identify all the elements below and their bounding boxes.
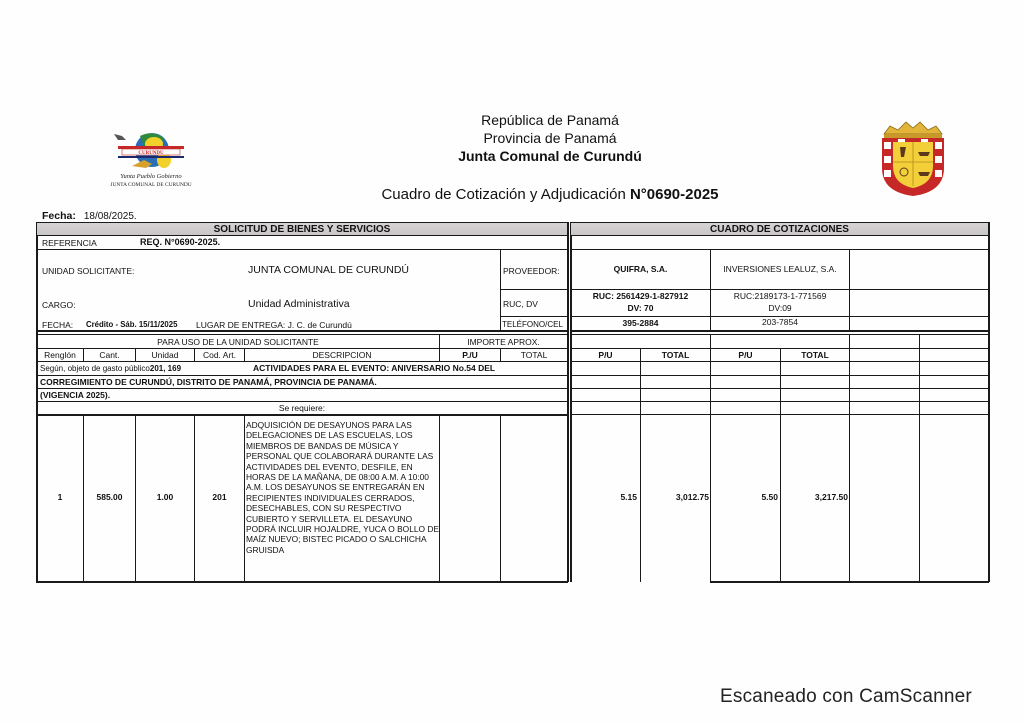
item-cod-art: 201 (195, 490, 244, 504)
telefono-label: TELÉFONO/CEL (502, 319, 563, 330)
q2-item-pu: 5.50 (711, 490, 778, 504)
grid-line (36, 414, 568, 416)
svg-text:CURUNDU: CURUNDU (138, 151, 164, 156)
junta-comunal-logo: CURUNDU Yunta Pueblo Gobierno JUNTA COMU… (110, 128, 192, 192)
provider-1-phone: 395-2884 (571, 317, 710, 328)
grid-line (988, 222, 990, 582)
cargo-value: Unidad Administrativa (248, 296, 350, 312)
svg-text:JUNTA COMUNAL DE CURUNDU: JUNTA COMUNAL DE CURUNDU (110, 182, 191, 188)
event-line-2: CORREGIMIENTO DE CURUNDÚ, DISTRITO DE PA… (40, 376, 377, 388)
event-line-1: ACTIVIDADES PARA EL EVENTO: ANIVERSARIO … (253, 362, 495, 374)
grid-line (570, 235, 989, 236)
unidad-label: UNIDAD SOLICITANTE: (42, 263, 134, 279)
grid-line (780, 348, 781, 582)
unidad-value: JUNTA COMUNAL DE CURUNDÚ (248, 262, 409, 278)
fecha-value: 18/08/2025. (84, 211, 137, 222)
grid-line (710, 581, 989, 583)
logo-emblem-icon: CURUNDU Yunta Pueblo Gobierno JUNTA COMU… (110, 128, 192, 192)
vigencia: (VIGENCIA 2025). (40, 389, 110, 401)
grid-line (640, 348, 641, 582)
col-descripcion: DESCRIPCION (245, 349, 439, 361)
svg-text:Yunta Pueblo Gobierno: Yunta Pueblo Gobierno (120, 173, 182, 180)
fecha-label-row: FECHA: (42, 319, 73, 330)
grid-line (919, 334, 920, 582)
gasto-publico-note: Según, objeto de gasto público 201, 169 (40, 362, 181, 374)
grid-line (500, 249, 501, 331)
col-unidad: Unidad (136, 349, 194, 361)
solicitud-title: SOLICITUD DE BIENES Y SERVICIOS (37, 223, 567, 235)
grid-line (36, 249, 500, 250)
provider-1-name: QUIFRA, S.A. (571, 250, 710, 288)
item-renglon: 1 (37, 490, 83, 504)
grid-line (570, 289, 989, 290)
note-codes: 201, 169 (150, 364, 181, 373)
lugar-entrega: LUGAR DE ENTREGA: J. C. de Curundú (196, 319, 352, 330)
coat-of-arms-icon (878, 120, 948, 198)
item-cant: 585.00 (84, 490, 135, 504)
camscanner-watermark: Escaneado con CamScanner (720, 686, 972, 708)
col-pu: P./U (440, 349, 500, 361)
grid-line (244, 414, 245, 582)
fecha-credito: Crédito - Sáb. 15/11/2025 (86, 319, 177, 330)
grid-line (500, 249, 568, 250)
grid-line (36, 330, 568, 332)
col-cod-art: Cod. Art. (195, 349, 244, 361)
col-cant: Cant. (84, 349, 135, 361)
col-renglon: Renglón (37, 349, 83, 361)
proveedor-label: PROVEEDOR: (503, 263, 560, 279)
se-requiere: Se requiere: (37, 402, 567, 414)
q1-item-pu: 5.15 (571, 490, 637, 504)
grid-line (567, 222, 569, 582)
q2-col-total: TOTAL (781, 349, 849, 361)
grid-line (36, 235, 568, 236)
fecha: Fecha:18/08/2025. (42, 210, 137, 222)
grid-line (500, 414, 501, 582)
grid-line (500, 289, 568, 290)
grid-line (849, 249, 850, 331)
item-unidad: 1.00 (136, 490, 194, 504)
ruc-label: RUC, DV (503, 297, 538, 311)
grid-line (36, 388, 568, 389)
cotizaciones-title: CUADRO DE COTIZACIONES (571, 223, 988, 235)
q1-col-pu: P/U (571, 349, 640, 361)
grid-line (849, 334, 850, 582)
grid-line (500, 316, 568, 317)
q1-col-total: TOTAL (641, 349, 710, 361)
provider-2-phone: 203-7854 (711, 316, 849, 327)
header-province: Provincia de Panamá (360, 130, 740, 146)
uso-unidad-label: PARA USO DE LA UNIDAD SOLICITANTE (37, 336, 439, 348)
col-total: TOTAL (501, 349, 567, 361)
header-republic: República de Panamá (360, 112, 740, 128)
provider-2-dv: DV:09 (711, 303, 849, 313)
grid-line (36, 581, 568, 583)
q2-item-total: 3,217.50 (781, 490, 848, 504)
referencia-label: REFERENCIA (42, 237, 97, 249)
fecha-label: Fecha: (42, 210, 76, 222)
cargo-label: CARGO: (42, 297, 76, 313)
title-number: N°0690-2025 (630, 186, 719, 203)
provider-2-ruc: RUC:2189173-1-771569 (711, 291, 849, 301)
referencia-value: REQ. N°0690-2025. (140, 236, 220, 248)
note-prefix: Según, objeto de gasto público (40, 364, 150, 373)
q2-col-pu: P/U (711, 349, 780, 361)
title-prefix: Cuadro de Cotización y Adjudicación (381, 186, 629, 203)
importe-aprox-label: IMPORTE APROX. (440, 336, 567, 348)
q1-item-total: 3,012.75 (641, 490, 709, 504)
header-junta: Junta Comunal de Curundú (360, 148, 740, 164)
grid-line (710, 334, 711, 582)
provider-1-ruc: RUC: 2561429-1-827912 (571, 291, 710, 301)
item-descripcion: ADQUISICIÓN DE DESAYUNOS PARA LAS DELEGA… (246, 420, 440, 555)
grid-line (36, 334, 568, 335)
grid-line (570, 330, 989, 332)
provider-2-name: INVERSIONES LEALUZ, S.A. (711, 250, 849, 288)
document-title: Cuadro de Cotización y Adjudicación N°06… (360, 186, 740, 203)
provider-1-dv: DV: 70 (571, 303, 710, 313)
grid-line (570, 334, 989, 335)
